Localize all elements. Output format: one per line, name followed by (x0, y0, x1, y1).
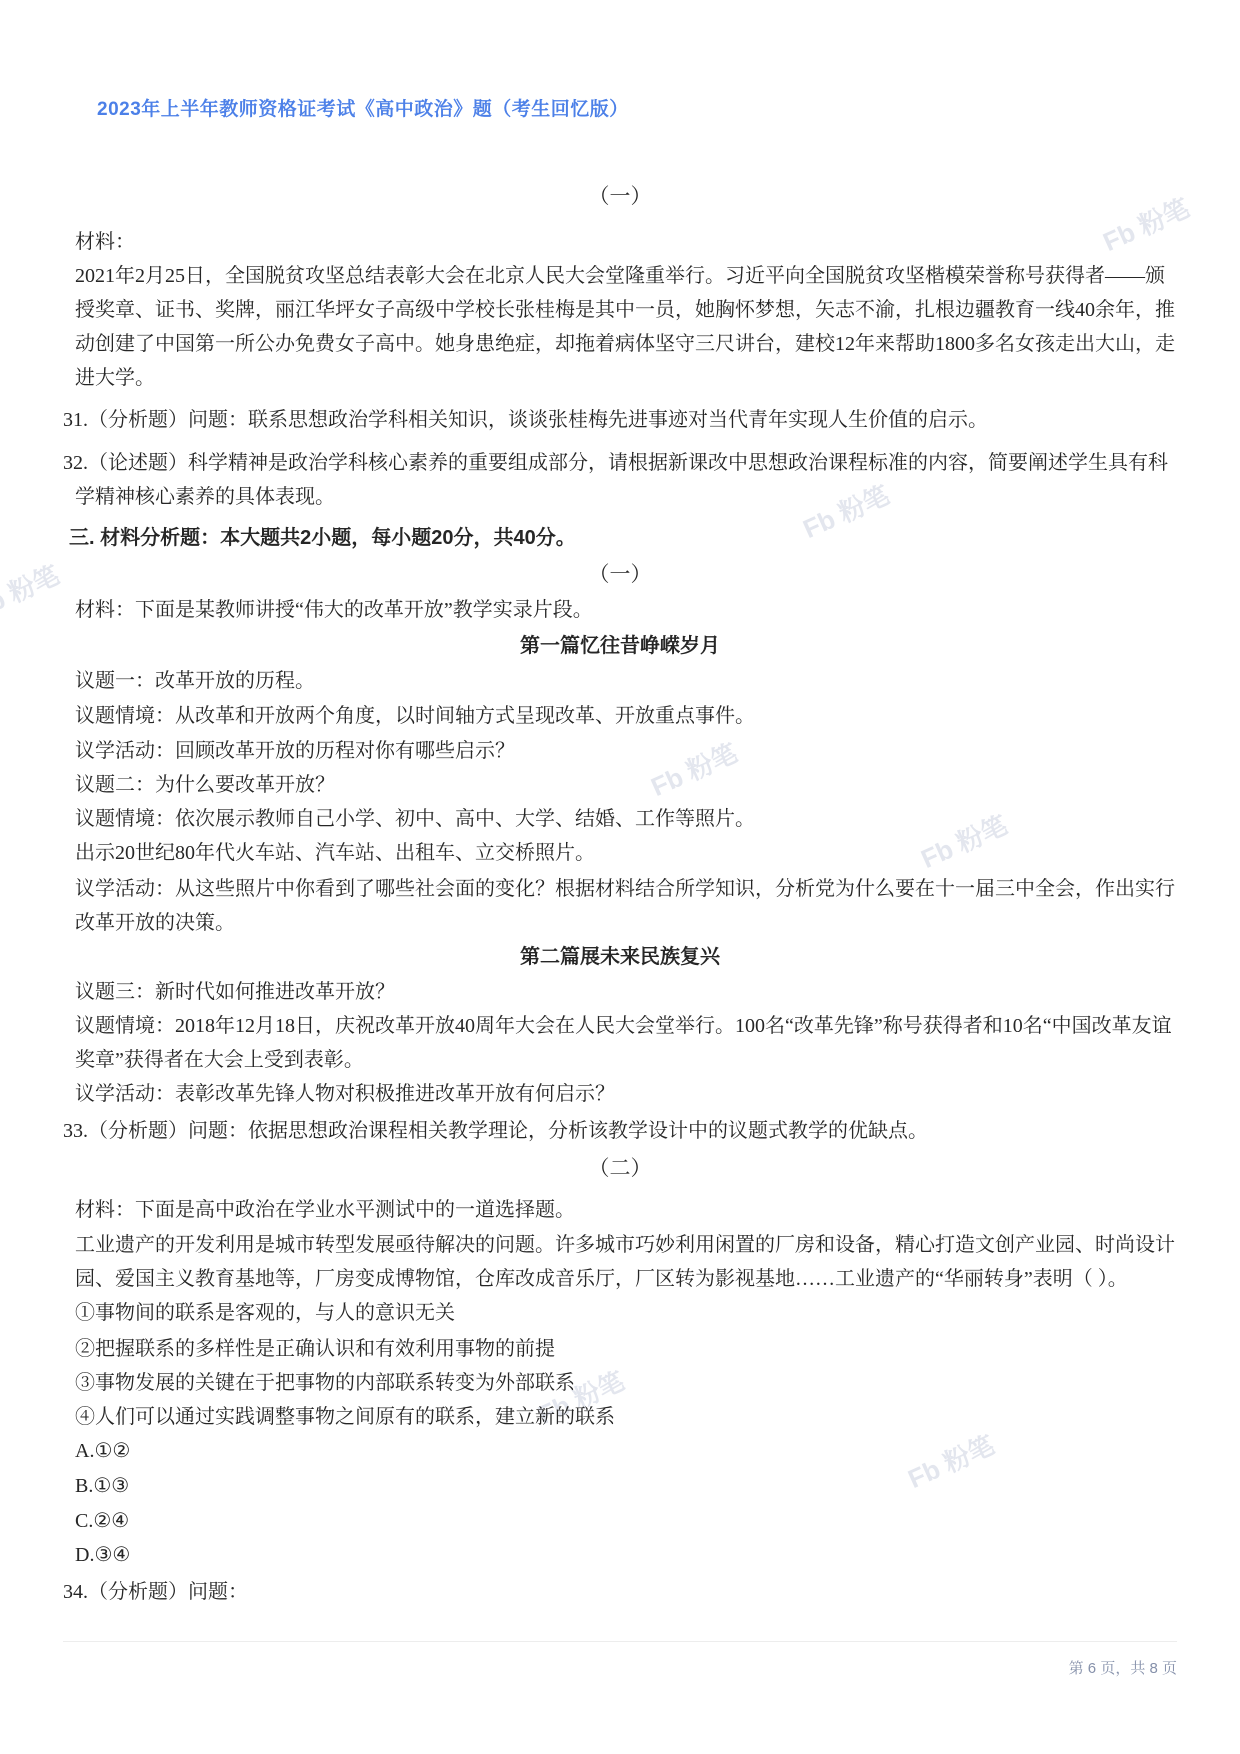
case2-option-b: B.①③ (63, 1469, 1177, 1503)
case1-activity2: 议学活动：从这些照片中你看到了哪些社会面的变化？根据材料结合所学知识，分析党为什… (63, 872, 1177, 940)
case2-option-d: D.③④ (63, 1538, 1177, 1572)
question-32: 32.（论述题）科学精神是政治学科核心素养的重要组成部分，请根据新课改中思想政治… (63, 446, 1177, 514)
question-31: 31.（分析题）问题：联系思想政治学科相关知识，谈谈张桂梅先进事迹对当代青年实现… (63, 403, 1177, 437)
case2-option-c: C.②④ (63, 1504, 1177, 1538)
case2-statement-1: ①事物间的联系是客观的，与人的意识无关 (63, 1296, 1177, 1330)
case1-context1: 议题情境：从改革和开放两个角度，以时间轴方式呈现改革、开放重点事件。 (63, 699, 1177, 733)
exam-title: 2023年上半年教师资格证考试《高中政治》题（考生回忆版） (97, 98, 1177, 122)
material-label: 材料： (63, 225, 1177, 259)
case2-question-stem: 工业遗产的开发利用是城市转型发展亟待解决的问题。许多城市巧妙利用闲置的厂房和设备… (63, 1228, 1177, 1296)
case1-context2: 议题情境：依次展示教师自己小学、初中、高中、大学、结婚、工作等照片。 (63, 802, 1177, 836)
case2-statement-2: ②把握联系的多样性是正确认识和有效利用事物的前提 (63, 1332, 1177, 1366)
case1-material-intro: 材料：下面是某教师讲授“伟大的改革开放”教学实录片段。 (63, 593, 1177, 627)
part3-section-title: 三. 材料分析题：本大题共2小题，每小题20分，共40分。 (63, 521, 1177, 555)
case2-heading: （二） (63, 1151, 1177, 1185)
case1-topic1: 议题一：改革开放的历程。 (63, 664, 1177, 698)
case1-topic2: 议题二：为什么要改革开放？ (63, 768, 1177, 802)
material-paragraph-zhangguimei: 2021年2月25日，全国脱贫攻坚总结表彰大会在北京人民大会堂隆重举行。习近平向… (63, 259, 1177, 395)
case1-chapter2-title: 第二篇展未来民族复兴 (63, 940, 1177, 974)
case1-topic3: 议题三：新时代如何推进改革开放？ (63, 975, 1177, 1009)
document-body: 2023年上半年教师资格证考试《高中政治》题（考生回忆版） （一） 材料： 20… (0, 0, 1240, 1609)
case1-context2b: 出示20世纪80年代火车站、汽车站、出租车、立交桥照片。 (63, 836, 1177, 870)
case2-material-intro: 材料：下面是高中政治在学业水平测试中的一道选择题。 (63, 1193, 1177, 1227)
case1-context3: 议题情境：2018年12月18日，庆祝改革开放40周年大会在人民大会堂举行。10… (63, 1009, 1177, 1077)
case2-option-a: A.①② (63, 1434, 1177, 1468)
section-heading-1: （一） (63, 179, 1177, 213)
page-number-indicator: 第 6 页，共 8 页 (1069, 1659, 1177, 1679)
exam-paper-page: Fb 粉笔 Fb 粉笔 Fb 粉笔 Fb 粉笔 Fb 粉笔 Fb 粉笔 Fb 粉… (0, 0, 1240, 1754)
case2-statement-4: ④人们可以通过实践调整事物之间原有的联系，建立新的联系 (63, 1400, 1177, 1434)
case2-statement-3: ③事物发展的关键在于把事物的内部联系转变为外部联系 (63, 1366, 1177, 1400)
footer-divider (63, 1641, 1177, 1642)
case1-activity3: 议学活动：表彰改革先锋人物对积极推进改革开放有何启示？ (63, 1077, 1177, 1111)
case1-activity1: 议学活动：回顾改革开放的历程对你有哪些启示？ (63, 734, 1177, 768)
case1-chapter1-title: 第一篇忆往昔峥嵘岁月 (63, 629, 1177, 663)
case1-heading: （一） (63, 557, 1177, 591)
question-34: 34.（分析题）问题： (63, 1575, 1177, 1609)
question-33: 33.（分析题）问题：依据思想政治课程相关教学理论，分析该教学设计中的议题式教学… (63, 1114, 1177, 1148)
